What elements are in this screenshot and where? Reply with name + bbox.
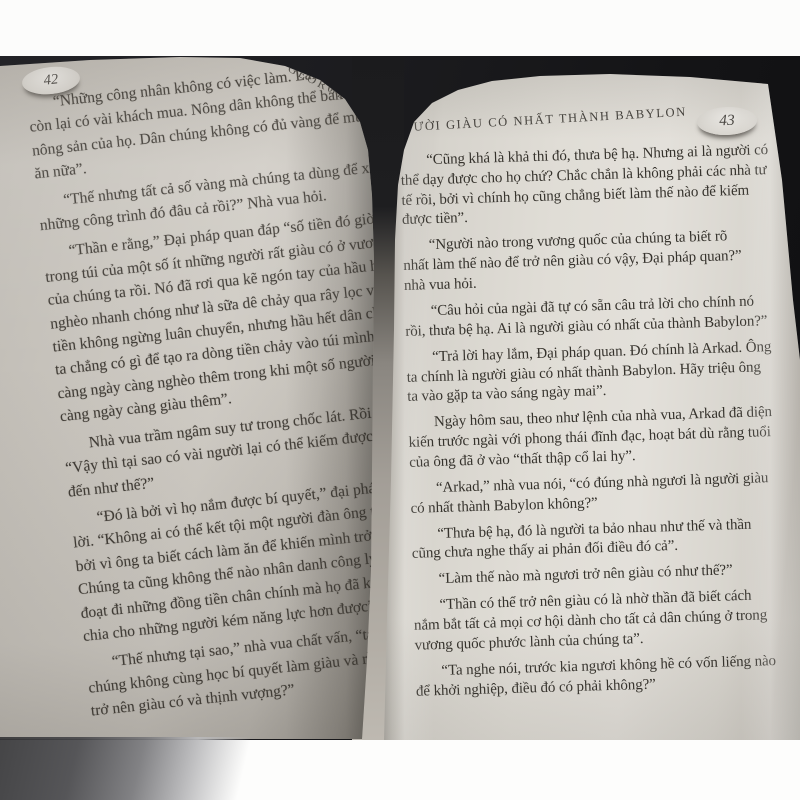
paragraph: “Làm thế nào mà ngươi trở nên giàu có nh…	[412, 559, 800, 591]
paragraph: Ngày hôm sau, theo như lệnh của nhà vua,…	[408, 402, 800, 473]
paragraph: “Thưa bệ hạ, đó là người ta bảo nhau như…	[411, 514, 800, 566]
bottom-left-shadow	[0, 737, 250, 800]
book-photo: GEORGE S. CLASON 42 “Những công nhân khô…	[0, 0, 800, 800]
left-page-body: “Những công nhân không có việc làm. Lái …	[26, 57, 376, 723]
paragraph: “Trả lời hay lắm, Đại pháp quan. Đó chín…	[406, 337, 800, 408]
paragraph: “Thần e rằng,” Đại pháp quan đáp “số tiề…	[42, 207, 376, 429]
paragraph: “Đó là bởi vì họ nắm được bí quyết,” đại…	[70, 473, 376, 648]
paragraph: “Cũng khá là khả thi đó, thưa bệ hạ. Như…	[400, 140, 800, 231]
paragraph: “Câu hỏi của ngài đã tự có sẵn câu trả l…	[404, 291, 800, 343]
right-page-body: “Cũng khá là khả thi đó, thưa bệ hạ. Như…	[400, 140, 800, 702]
page-number: 43	[719, 112, 735, 131]
paragraph: “Arkad,” nhà vua nói, “có đúng nhà ngươi…	[410, 468, 800, 520]
right-page: NGƯỜI GIÀU CÓ NHẤT THÀNH BABYLON 43 “Cũn…	[375, 57, 800, 740]
paragraph: “Thần có thể trở nên giàu có là nhờ thần…	[413, 585, 800, 656]
running-header-title: NGƯỜI GIÀU CÓ NHẤT THÀNH BABYLON	[392, 105, 687, 136]
left-page: GEORGE S. CLASON 42 “Những công nhân khô…	[0, 57, 376, 740]
page-number: 42	[43, 71, 59, 89]
paragraph: “Ta nghe nói, trước kia ngươi không hề c…	[415, 651, 800, 703]
text-line: “Làm thế nào mà ngươi trở nên giàu có nh…	[412, 559, 800, 591]
photo-top-border	[0, 0, 800, 56]
page-number-badge: 43	[697, 106, 758, 136]
paragraph: “Người nào trong vương quốc của chúng ta…	[403, 225, 800, 296]
